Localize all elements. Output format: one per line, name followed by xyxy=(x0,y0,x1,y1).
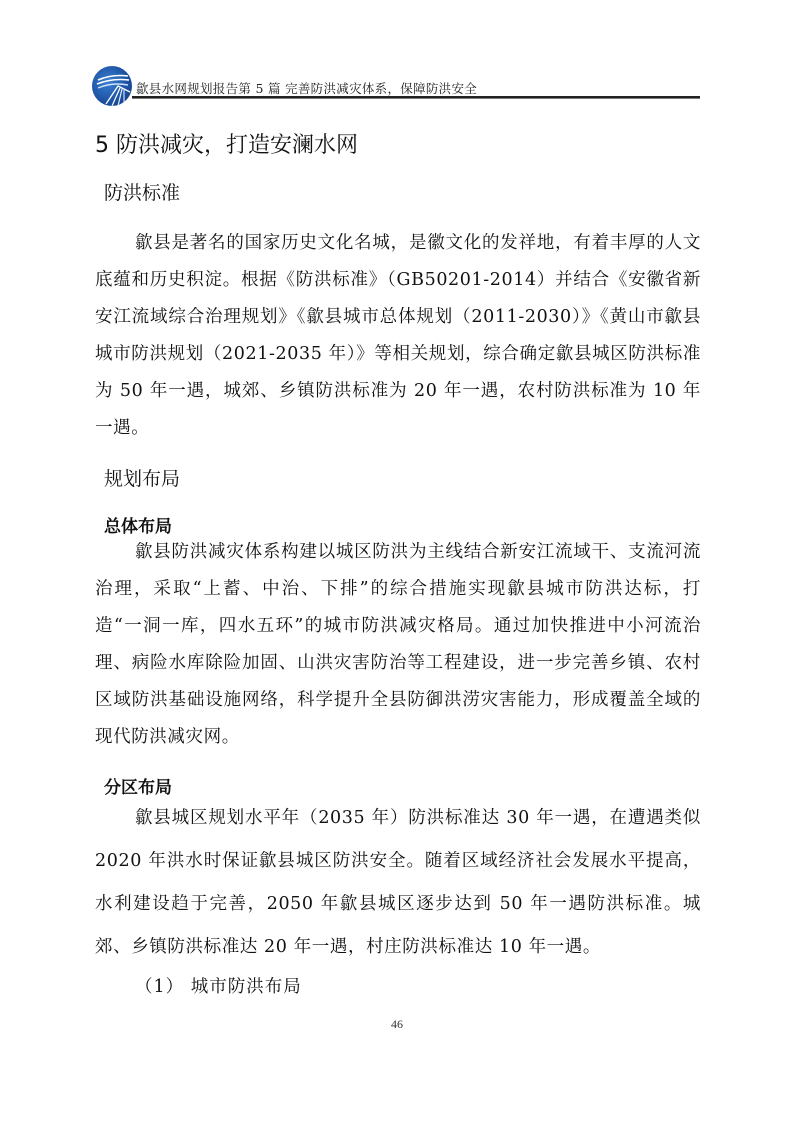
paragraph-zonal-layout: 歙县城区规划水平年（2035 年）防洪标准达 30 年一遇，在遭遇类似 2020… xyxy=(95,797,701,969)
paragraph-flood-standard: 歙县是著名的国家历史文化名城，是徽文化的发祥地，有着丰厚的人文底蕴和历史积淀。根… xyxy=(95,225,701,447)
chapter-title: 5 防洪减灾，打造安澜水网 xyxy=(95,128,358,159)
list-item-city-flood-layout: （1） 城市防洪布局 xyxy=(135,973,302,998)
section-heading-flood-standard: 防洪标准 xyxy=(104,178,180,205)
subsection-heading-zonal-layout: 分区布局 xyxy=(104,773,172,798)
paragraph-overall-layout: 歙县防洪减灾体系构建以城区防洪为主线结合新安江流域干、支流河流治理，采取“上蓄、… xyxy=(95,534,701,756)
page-header: 歙县水网规划报告第 5 篇 完善防洪减灾体系，保障防洪安全 xyxy=(92,66,700,102)
section-heading-planning-layout: 规划布局 xyxy=(104,464,180,491)
header-title: 歙县水网规划报告第 5 篇 完善防洪减灾体系，保障防洪安全 xyxy=(136,79,477,97)
water-network-logo-icon xyxy=(92,66,132,106)
page-number: 46 xyxy=(0,1017,794,1032)
header-divider xyxy=(132,96,700,99)
